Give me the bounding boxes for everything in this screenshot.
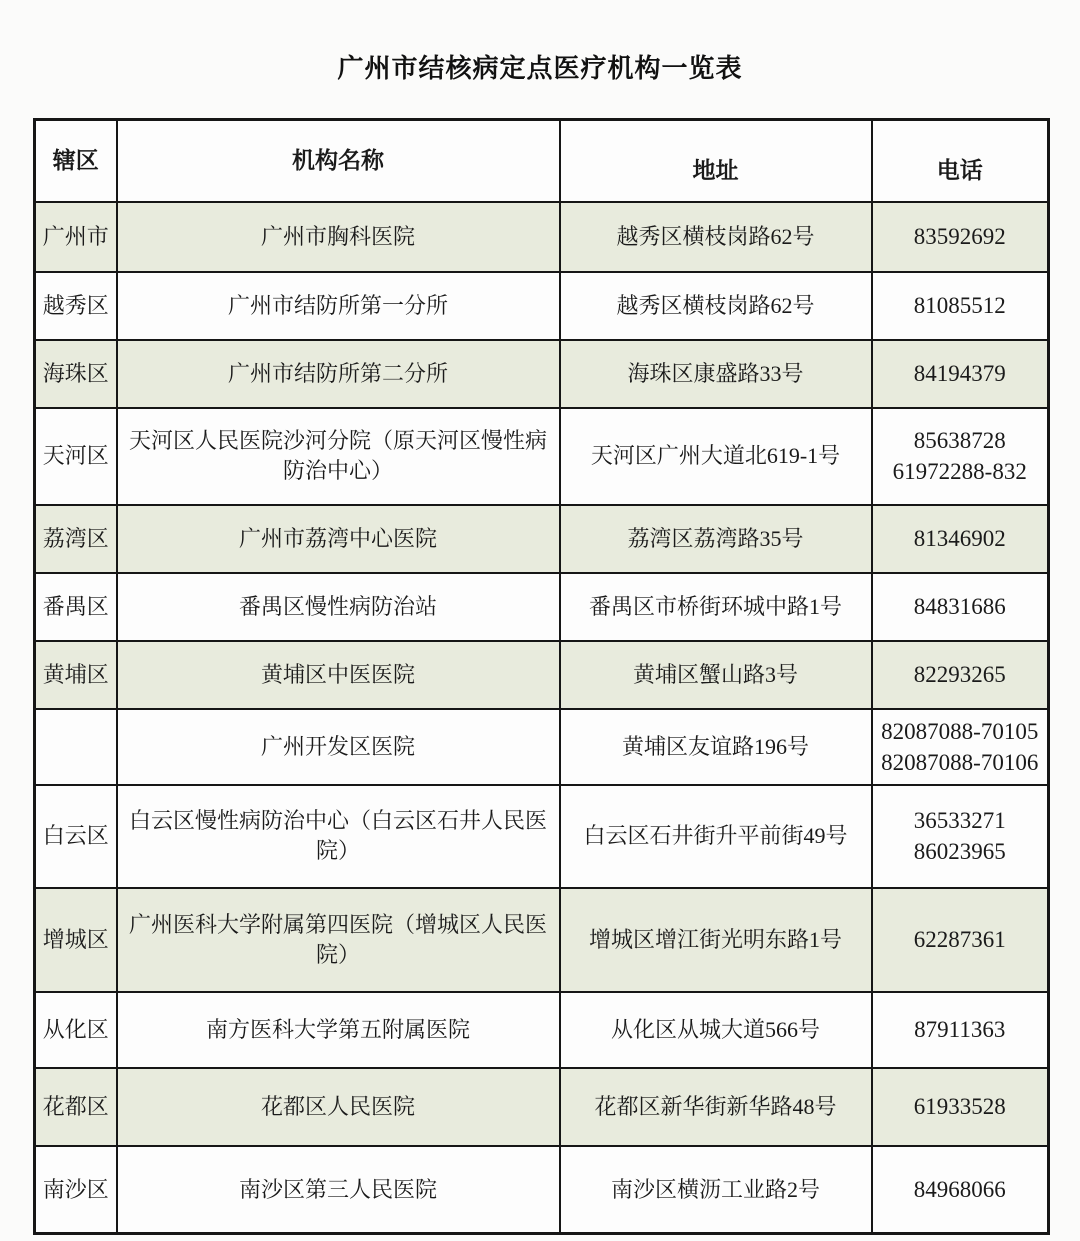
phone-cell: 62287361 [872, 888, 1049, 992]
table-row: 天河区天河区人民医院沙河分院（原天河区慢性病防治中心）天河区广州大道北619-1… [35, 408, 1049, 505]
name-cell: 广州市荔湾中心医院 [117, 505, 560, 573]
table-row: 番禺区番禺区慢性病防治站番禺区市桥街环城中路1号84831686 [35, 573, 1049, 641]
phone-cell: 84968066 [872, 1146, 1049, 1234]
district-cell: 番禺区 [35, 573, 117, 641]
phone-cell: 84194379 [872, 340, 1049, 408]
table-row: 增城区广州医科大学附属第四医院（增城区人民医院）增城区增江街光明东路1号6228… [35, 888, 1049, 992]
address-cell: 越秀区横枝岗路62号 [560, 202, 872, 272]
name-cell: 南沙区第三人民医院 [117, 1146, 560, 1234]
district-cell: 天河区 [35, 408, 117, 505]
phone-cell: 61933528 [872, 1068, 1049, 1146]
phone-cell: 82087088-70105 82087088-70106 [872, 709, 1049, 785]
district-cell: 越秀区 [35, 272, 117, 340]
address-cell: 从化区从城大道566号 [560, 992, 872, 1068]
address-cell: 白云区石井街升平前街49号 [560, 785, 872, 888]
name-cell: 南方医科大学第五附属医院 [117, 992, 560, 1068]
district-cell: 荔湾区 [35, 505, 117, 573]
district-cell: 白云区 [35, 785, 117, 888]
address-cell: 南沙区横沥工业路2号 [560, 1146, 872, 1234]
table-row: 南沙区南沙区第三人民医院南沙区横沥工业路2号84968066 [35, 1146, 1049, 1234]
phone-cell: 81085512 [872, 272, 1049, 340]
phone-cell: 36533271 86023965 [872, 785, 1049, 888]
name-cell: 番禺区慢性病防治站 [117, 573, 560, 641]
name-cell: 广州市结防所第一分所 [117, 272, 560, 340]
district-cell [35, 709, 117, 785]
header-name: 机构名称 [117, 120, 560, 202]
address-cell: 海珠区康盛路33号 [560, 340, 872, 408]
table-row: 从化区南方医科大学第五附属医院从化区从城大道566号87911363 [35, 992, 1049, 1068]
page-title: 广州市结核病定点医疗机构一览表 [0, 0, 1080, 85]
name-cell: 白云区慢性病防治中心（白云区石井人民医院） [117, 785, 560, 888]
phone-cell: 83592692 [872, 202, 1049, 272]
name-cell: 天河区人民医院沙河分院（原天河区慢性病防治中心） [117, 408, 560, 505]
address-cell: 荔湾区荔湾路35号 [560, 505, 872, 573]
address-cell: 黄埔区蟹山路3号 [560, 641, 872, 709]
name-cell: 花都区人民医院 [117, 1068, 560, 1146]
address-cell: 越秀区横枝岗路62号 [560, 272, 872, 340]
address-cell: 天河区广州大道北619-1号 [560, 408, 872, 505]
table-row: 广州市广州市胸科医院越秀区横枝岗路62号83592692 [35, 202, 1049, 272]
table-row: 荔湾区广州市荔湾中心医院荔湾区荔湾路35号81346902 [35, 505, 1049, 573]
phone-cell: 84831686 [872, 573, 1049, 641]
header-address: 地址 [560, 120, 872, 202]
header-row: 辖区 机构名称 地址 电话 [35, 120, 1049, 202]
institutions-table: 辖区 机构名称 地址 电话 广州市广州市胸科医院越秀区横枝岗路62号835926… [33, 118, 1050, 1235]
header-phone: 电话 [872, 120, 1049, 202]
phone-cell: 87911363 [872, 992, 1049, 1068]
district-cell: 黄埔区 [35, 641, 117, 709]
district-cell: 增城区 [35, 888, 117, 992]
table-row: 白云区白云区慢性病防治中心（白云区石井人民医院）白云区石井街升平前街49号365… [35, 785, 1049, 888]
phone-cell: 82293265 [872, 641, 1049, 709]
address-cell: 花都区新华街新华路48号 [560, 1068, 872, 1146]
name-cell: 广州市结防所第二分所 [117, 340, 560, 408]
address-cell: 番禺区市桥街环城中路1号 [560, 573, 872, 641]
table-row: 花都区花都区人民医院花都区新华街新华路48号61933528 [35, 1068, 1049, 1146]
name-cell: 黄埔区中医医院 [117, 641, 560, 709]
district-cell: 广州市 [35, 202, 117, 272]
page: 广州市结核病定点医疗机构一览表 辖区 机构名称 地址 电话 广州市广州市胸科医院… [0, 0, 1080, 1241]
header-district: 辖区 [35, 120, 117, 202]
address-cell: 增城区增江街光明东路1号 [560, 888, 872, 992]
table-body: 广州市广州市胸科医院越秀区横枝岗路62号83592692越秀区广州市结防所第一分… [35, 202, 1049, 1234]
district-cell: 花都区 [35, 1068, 117, 1146]
phone-cell: 81346902 [872, 505, 1049, 573]
name-cell: 广州市胸科医院 [117, 202, 560, 272]
phone-cell: 85638728 61972288-832 [872, 408, 1049, 505]
name-cell: 广州开发区医院 [117, 709, 560, 785]
table-row: 广州开发区医院黄埔区友谊路196号82087088-70105 82087088… [35, 709, 1049, 785]
district-cell: 海珠区 [35, 340, 117, 408]
name-cell: 广州医科大学附属第四医院（增城区人民医院） [117, 888, 560, 992]
district-cell: 从化区 [35, 992, 117, 1068]
district-cell: 南沙区 [35, 1146, 117, 1234]
table-row: 黄埔区黄埔区中医医院黄埔区蟹山路3号82293265 [35, 641, 1049, 709]
table-row: 海珠区广州市结防所第二分所海珠区康盛路33号84194379 [35, 340, 1049, 408]
address-cell: 黄埔区友谊路196号 [560, 709, 872, 785]
table-row: 越秀区广州市结防所第一分所越秀区横枝岗路62号81085512 [35, 272, 1049, 340]
